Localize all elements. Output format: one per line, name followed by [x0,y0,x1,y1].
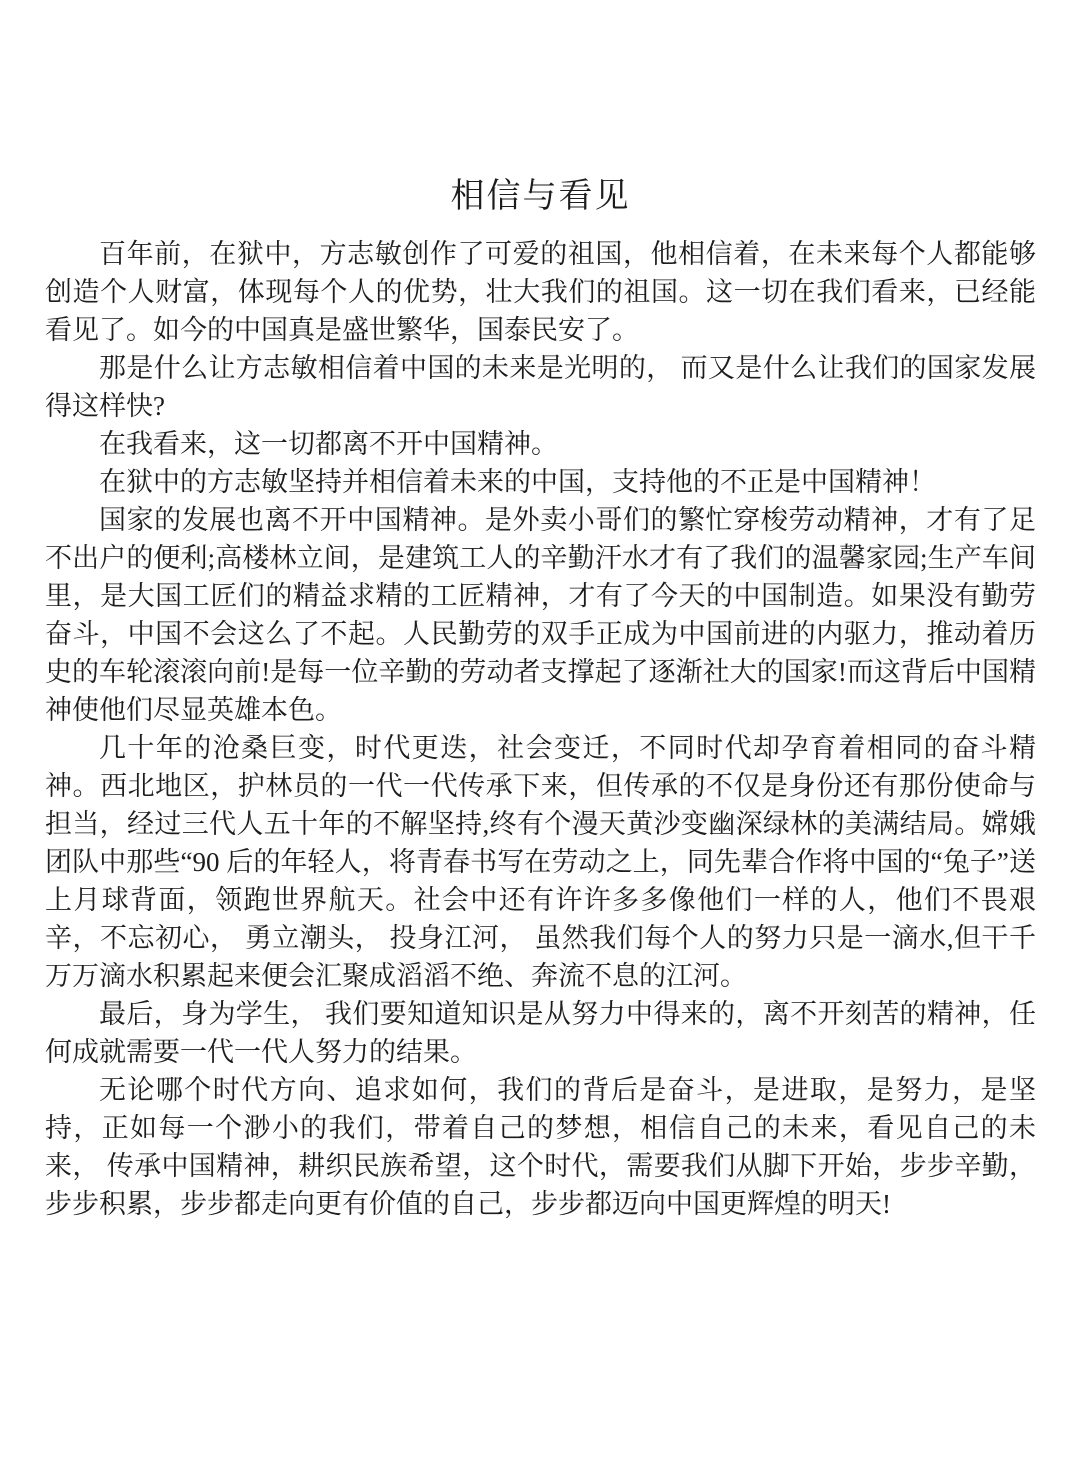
paragraph: 那是什么让方志敏相信着中国的未来是光明的， 而又是什么让我们的国家发展得这样快? [45,349,1036,425]
paragraph: 百年前，在狱中，方志敏创作了可爱的祖国，他相信着，在未来每个人都能够创造个人财富… [45,235,1036,349]
paragraph: 在狱中的方志敏坚持并相信着未来的中国，支持他的不正是中国精神！ [45,463,1036,501]
paragraph: 在我看来，这一切都离不开中国精神。 [45,425,1036,463]
document-body: 百年前，在狱中，方志敏创作了可爱的祖国，他相信着，在未来每个人都能够创造个人财富… [45,235,1036,1223]
page-title: 相信与看见 [45,0,1036,235]
paragraph: 无论哪个时代方向、追求如何，我们的背后是奋斗，是进取，是努力，是坚持，正如每一个… [45,1071,1036,1223]
document-content: 相信与看见 百年前，在狱中，方志敏创作了可爱的祖国，他相信着，在未来每个人都能够… [45,0,1036,1223]
document-page: 相信与看见 百年前，在狱中，方志敏创作了可爱的祖国，他相信着，在未来每个人都能够… [0,0,1080,1475]
paragraph: 最后，身为学生， 我们要知道知识是从努力中得来的，离不开刻苦的精神，任何成就需要… [45,995,1036,1071]
paragraph: 国家的发展也离不开中国精神。是外卖小哥们的繁忙穿梭劳动精神，才有了足不出户的便利… [45,501,1036,729]
paragraph: 几十年的沧桑巨变，时代更迭，社会变迁，不同时代却孕育着相同的奋斗精神。西北地区，… [45,729,1036,995]
